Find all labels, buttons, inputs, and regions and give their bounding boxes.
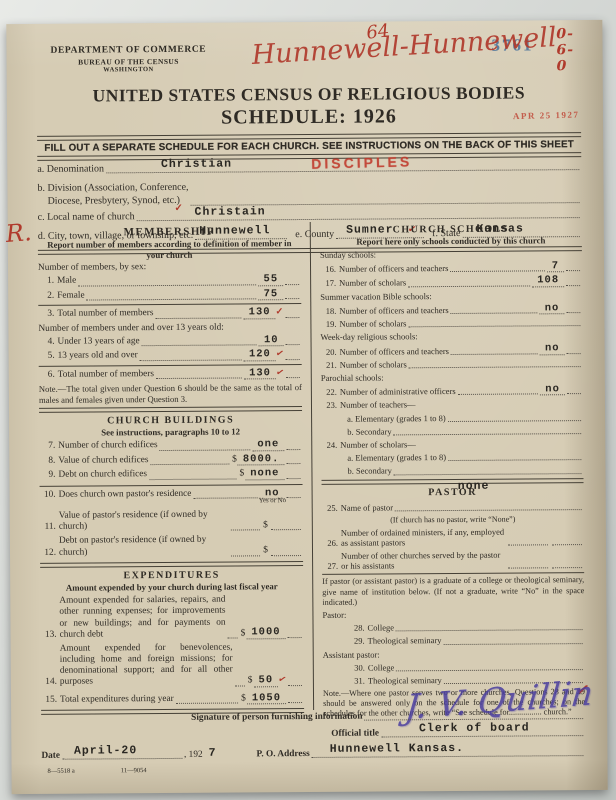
official-title-label: Official title (331, 729, 379, 739)
q6-row: 6. Total number of members 130 ✓ (39, 368, 302, 381)
denomination-label: a. Denomination (37, 163, 104, 174)
left-column: MEMBERSHIP Report number of members acco… (38, 222, 313, 712)
q3-value: 130 (244, 307, 276, 319)
local-name-label: c. Local name of church (38, 211, 135, 223)
field-denomination: a. Denomination Christian DISCIPLES (37, 160, 581, 175)
dotted-leader (285, 316, 299, 318)
footer-section: J. V. Quillin Signature of person furnis… (41, 710, 585, 775)
q27-row: 27. Number of other churches served by t… (322, 549, 584, 571)
q9-value: none (245, 468, 284, 480)
census-form-paper: DEPARTMENT OF COMMERCE BUREAU OF THE CEN… (6, 20, 607, 794)
schools-group-weekday: Week-day religious schools: (320, 330, 582, 342)
q2-label: Female (57, 290, 84, 301)
q22-row: 22. Number of administrative officers no (321, 384, 583, 397)
dotted-leader[interactable] (271, 528, 301, 530)
dotted-leader[interactable] (140, 358, 242, 361)
q7-value: one (252, 439, 284, 451)
q19-label: Number of scholars (339, 318, 406, 329)
official-title-value: Clerk of board (419, 721, 530, 735)
q8-label: Value of church edifices (58, 455, 148, 467)
q6-label: Total number of members (58, 369, 154, 381)
q14-value: 50 (253, 675, 278, 687)
date-value: April-20 (74, 744, 137, 757)
q24-row: 24. Number of scholars— (321, 438, 583, 450)
dotted-leader (286, 477, 300, 479)
q15-row: 15. Total expenditures during year $ 105… (41, 693, 304, 706)
q5-num: 5. (39, 351, 55, 362)
rule (40, 561, 303, 568)
q26-num: 26. (322, 538, 338, 548)
date-address-row: Date April-20 , 192 7 P. O. Address Hunn… (41, 744, 585, 761)
q9-num: 9. (39, 470, 55, 481)
q3-label: Total number of members (57, 309, 153, 321)
schools-group-parochial: Parochial schools: (321, 371, 583, 383)
dotted-leader[interactable] (458, 393, 539, 396)
q4-num: 4. (39, 337, 55, 348)
dept-line1: DEPARTMENT OF COMMERCE (50, 45, 206, 58)
q23-row: 23. Number of teachers— (321, 398, 583, 410)
dotted-leader[interactable] (508, 543, 548, 545)
dotted-leader[interactable] (235, 684, 245, 686)
q1-row: 1. Male 55 (38, 274, 301, 287)
dotted-leader[interactable] (271, 554, 301, 556)
q3-row: 3. Total number of members 130 ✓ (38, 307, 301, 320)
q17-value: 108 (532, 275, 564, 287)
date-label: Date (41, 751, 60, 761)
q15-num: 15. (41, 695, 57, 706)
dollar-sign: $ (232, 454, 237, 465)
q26-label: Number of ordained ministers, if any, em… (341, 526, 506, 548)
pastor-title: PASTOR (322, 486, 584, 499)
q7-label: Number of church edifices (58, 440, 157, 452)
q16-value: 7 (547, 261, 564, 273)
dotted-leader (552, 543, 582, 545)
membership-subtitle: Report number of members according to de… (38, 238, 301, 261)
assistant-pastor-label: Assistant pastor: (323, 648, 585, 660)
q30-row: 30. College (349, 661, 585, 673)
q10-row: 10. Does church own pastor's residence n… (40, 488, 303, 501)
dotted-leader (288, 701, 302, 703)
q1-value: 55 (258, 274, 283, 286)
dotted-leader[interactable] (448, 458, 581, 461)
form-schedule-year: SCHEDULE: 1926 (37, 104, 581, 131)
q27-label: Number of other churches served by the p… (341, 550, 506, 572)
dotted-leader[interactable] (142, 343, 257, 346)
form-code-2: 11—9054 (121, 767, 147, 774)
division-label-line2: Diocese, Presbytery, Synod, etc.) (38, 194, 189, 208)
q16-label: Number of officers and teachers (339, 263, 448, 274)
received-date-stamp: APR 25 1927 (512, 110, 579, 122)
po-address-value: Hunnewell Kansas. (330, 742, 464, 756)
dotted-leader (288, 684, 302, 686)
q24-label: Number of scholars— (340, 439, 416, 450)
dotted-leader[interactable] (408, 324, 580, 327)
dotted-leader (566, 284, 580, 286)
q16-row: 16. Number of officers and teachers 7 (320, 261, 582, 274)
dotted-leader[interactable] (396, 629, 583, 632)
q10-value: noYes or No (260, 488, 285, 500)
q24b-row: b. Secondary (347, 464, 583, 476)
dotted-leader[interactable] (450, 269, 544, 272)
dotted-leader[interactable] (444, 642, 583, 645)
q11-label: Value of pastor's residence (if owned by… (59, 510, 229, 533)
q16-num: 16. (320, 264, 336, 274)
field-division: b. Division (Association, Conference, Di… (37, 179, 581, 208)
q6-value: 130 (244, 368, 276, 380)
q18-label: Number of officers and teachers (339, 305, 448, 316)
q30-label: College (368, 662, 395, 672)
dotted-leader (552, 567, 582, 569)
dotted-leader (566, 311, 580, 313)
date-printed-192: , 192 (184, 750, 203, 760)
q11-row: 11. Value of pastor's residence (if owne… (40, 509, 303, 533)
q25-label: Name of pastor (341, 502, 393, 513)
q21-row: 21. Number of scholars (321, 358, 583, 370)
q23b-label: b. Secondary (347, 426, 391, 436)
q7-num: 7. (39, 441, 55, 452)
dollar-sign: $ (248, 676, 253, 687)
graduate-paragraph: If pastor (or assistant pastor) is a gra… (322, 576, 584, 609)
dotted-leader[interactable] (78, 283, 256, 286)
dollar-sign: $ (239, 469, 244, 480)
dotted-leader[interactable]: Hunnewell Kansas. (312, 754, 584, 758)
q12-num: 12. (40, 547, 56, 558)
red-check-mark: ✓ (275, 367, 286, 380)
dollar-sign: $ (263, 520, 268, 531)
q23-num: 23. (321, 400, 337, 410)
q22-value: no (540, 384, 565, 396)
dotted-leader[interactable] (396, 668, 583, 671)
q5-value: 120 (244, 349, 276, 361)
q10-num: 10. (40, 490, 56, 501)
q11-num: 11. (40, 522, 56, 533)
form-code-1: 8—5518 a (48, 768, 75, 775)
q20-row: 20. Number of officers and teachers no (321, 343, 583, 356)
dotted-leader[interactable]: April-20 (62, 757, 182, 760)
q23a-row: a. Elementary (grades 1 to 8) (347, 412, 583, 424)
q1-label: Male (57, 276, 76, 287)
red-check-mark: ✓ (276, 308, 284, 319)
q22-num: 22. (321, 387, 337, 397)
q23a-label: a. Elementary (grades 1 to 8) (347, 413, 446, 424)
red-check-mark: ✓ (174, 203, 182, 214)
q19-row: 19. Number of scholars (320, 317, 582, 329)
dollar-sign: $ (241, 693, 246, 704)
q13-label: Amount expended for salaries, repairs, a… (59, 595, 225, 641)
dotted-leader (285, 297, 299, 299)
dotted-leader[interactable] (409, 365, 581, 368)
department-block: DEPARTMENT OF COMMERCE BUREAU OF THE CEN… (50, 45, 206, 75)
q18-num: 18. (320, 306, 336, 316)
date-year-digit: 7 (209, 747, 217, 760)
red-check-mark: ✓ (275, 349, 285, 362)
q24-num: 24. (321, 440, 337, 450)
q4-value: 10 (259, 335, 284, 347)
buildings-subtitle: See instructions, paragraphs 10 to 12 (39, 426, 302, 438)
dotted-leader (286, 462, 300, 464)
dotted-leader (288, 636, 302, 638)
rule (39, 364, 302, 367)
dotted-leader[interactable] (156, 316, 242, 319)
q17-row: 17. Number of scholars 108 (320, 275, 582, 288)
q10-yes-or-no-hint: Yes or No (259, 498, 286, 505)
q30-num: 30. (349, 662, 365, 672)
dotted-leader[interactable] (149, 477, 236, 480)
dotted-leader[interactable] (231, 529, 260, 531)
dotted-leader[interactable] (156, 377, 242, 380)
red-check-mark: ✓ (277, 675, 288, 688)
division-label-line1: b. Division (Association, Conference, (37, 182, 188, 196)
dotted-leader (286, 358, 300, 360)
q20-value: no (540, 343, 565, 355)
instruction-banner: FILL OUT A SEPARATE SCHEDULE FOR EACH CH… (37, 132, 581, 161)
dotted-leader[interactable] (451, 352, 538, 355)
dotted-leader[interactable] (448, 419, 581, 422)
schools-title: CHURCH SCHOOLS (320, 223, 582, 236)
dotted-leader[interactable] (365, 717, 584, 721)
local-name-value: Christain (194, 205, 265, 218)
form-codes: 8—5518 a 11—9054 (42, 764, 586, 775)
membership-group1: Number of members, by sex: (38, 261, 301, 273)
q12-label: Debt on pastor's residence (if owned by … (59, 535, 229, 558)
buildings-title: CHURCH BUILDINGS (39, 414, 302, 427)
dotted-leader[interactable] (160, 448, 251, 451)
q14-num: 14. (41, 677, 57, 688)
q22-label: Number of administrative officers (340, 386, 456, 397)
q28-num: 28. (349, 623, 365, 633)
membership-title: MEMBERSHIP (38, 225, 301, 239)
q27-num: 27. (322, 561, 338, 571)
dotted-leader[interactable] (150, 463, 229, 466)
q28-label: College (368, 623, 395, 633)
dotted-leader[interactable] (508, 567, 548, 569)
q13-row: 13. Amount expended for salaries, repair… (40, 594, 303, 640)
q6-num: 6. (39, 370, 55, 381)
q2-row: 2. Female 75 (38, 289, 301, 302)
q8-row: 8. Value of church edifices $ 8000. (39, 454, 302, 467)
form-title: UNITED STATES CENSUS OF RELIGIOUS BODIES (37, 82, 581, 107)
q29-label: Theological seminary (368, 635, 442, 646)
q25-note: (If church has no pastor, write “None”) (322, 514, 584, 525)
q25-row: 25. Name of pastor (322, 501, 584, 513)
rule (39, 406, 302, 413)
q9-row: 9. Debt on church edifices $ none (39, 468, 302, 481)
dotted-leader (286, 448, 300, 450)
official-title-row: Official title Clerk of board (41, 727, 585, 741)
schools-subtitle: Report here only schools conducted by th… (320, 235, 582, 247)
dotted-leader (566, 269, 580, 271)
dotted-leader[interactable]: Christian DISCIPLES (106, 168, 579, 173)
dollar-sign: $ (241, 628, 246, 639)
q24a-label: a. Elementary (grades 1 to 8) (347, 452, 446, 463)
q10-label: Does church own pastor's residence (59, 489, 192, 501)
q21-label: Number of scholars (340, 359, 407, 370)
q24a-row: a. Elementary (grades 1 to 8) (347, 451, 583, 463)
rule (322, 478, 584, 485)
form-content: DEPARTMENT OF COMMERCE BUREAU OF THE CEN… (36, 20, 585, 794)
q4-label: Under 13 years of age (58, 336, 140, 348)
q13-num: 13. (41, 630, 57, 641)
q18-row: 18. Number of officers and teachers no (320, 303, 582, 316)
dotted-leader[interactable] (193, 496, 258, 498)
right-column: CHURCH SCHOOLS Report here only schools … (310, 220, 585, 710)
q20-label: Number of officers and teachers (340, 346, 449, 357)
dotted-leader[interactable] (408, 284, 530, 287)
denomination-value: Christian (161, 158, 232, 171)
q2-value: 75 (259, 289, 284, 301)
dotted-leader (286, 343, 300, 345)
q5-row: 5. 13 years old and over 120 ✓ (39, 349, 302, 362)
dotted-leader[interactable] (395, 508, 582, 511)
dotted-leader (285, 283, 299, 285)
q19-num: 19. (320, 319, 336, 329)
dollar-sign: $ (263, 546, 268, 557)
q31-num: 31. (349, 675, 365, 685)
pastor-label: Pastor: (322, 608, 584, 620)
dotted-leader (567, 352, 581, 354)
dotted-leader[interactable] (228, 636, 238, 638)
q29-row: 29. Theological seminary (349, 634, 585, 646)
q24b-label: b. Secondary (347, 466, 391, 476)
expenditures-subtitle: Amount expended by your church during la… (40, 581, 303, 593)
q1-num: 1. (38, 276, 54, 287)
pastor-none-value: none (458, 479, 490, 492)
signature-label: Signature of person furnishing informati… (191, 712, 362, 723)
q12-row: 12. Debt on pastor's residence (if owned… (40, 534, 303, 558)
rule (40, 484, 303, 487)
form-columns: MEMBERSHIP Report number of members acco… (38, 220, 585, 712)
schools-group-summer: Summer vacation Bible schools: (320, 290, 582, 302)
dept-line3: WASHINGTON (51, 66, 207, 75)
q23b-row: b. Secondary (347, 425, 583, 437)
dotted-leader[interactable] (394, 432, 582, 435)
dotted-leader[interactable]: Clerk of board (381, 734, 583, 737)
expenditures-title: EXPENDITURES (40, 569, 303, 582)
q13-value: 1000 (246, 628, 285, 640)
q9-label: Debt on church edifices (58, 470, 147, 482)
po-address-label: P. O. Address (256, 749, 309, 759)
q20-num: 20. (321, 346, 337, 356)
q2-num: 2. (38, 291, 54, 302)
handwritten-margin-mark: R. (5, 218, 33, 248)
q18-value: no (540, 303, 565, 315)
dotted-leader[interactable] (87, 297, 257, 300)
q17-num: 17. (320, 278, 336, 288)
q4-row: 4. Under 13 years of age 10 (39, 335, 302, 348)
dotted-leader[interactable] (451, 311, 538, 314)
dotted-leader (287, 496, 301, 498)
q21-num: 21. (321, 360, 337, 370)
q31-label: Theological seminary (368, 675, 442, 686)
dotted-leader[interactable] (394, 472, 582, 475)
q14-label: Amount expended for benevolences, includ… (60, 642, 233, 688)
q28-row: 28. College (349, 621, 585, 633)
q15-label: Total expenditures during year (60, 694, 174, 706)
q29-num: 29. (349, 636, 365, 646)
q23-label: Number of teachers— (340, 400, 416, 411)
q8-value: 8000. (238, 454, 285, 466)
q14-row: 14. Amount expended for benevolences, in… (41, 642, 304, 688)
q25-num: 25. (322, 502, 338, 512)
membership-group2: Number of members under and over 13 year… (38, 322, 301, 334)
dotted-leader (567, 393, 581, 395)
q17-label: Number of scholars (339, 278, 406, 289)
dotted-leader[interactable] (231, 554, 260, 556)
q5-label: 13 years old and over (58, 351, 138, 363)
q26-row: 26. Number of ordained ministers, if any… (322, 526, 584, 548)
division-label: b. Division (Association, Conference, Di… (37, 182, 188, 208)
q3-num: 3. (38, 309, 54, 320)
q15-value: 1050 (247, 693, 286, 705)
membership-note: Note.—The total given under Question 6 s… (39, 382, 302, 405)
denomination-stamp: DISCIPLES (311, 153, 412, 171)
schools-group-sunday: Sunday schools: (320, 248, 582, 260)
q8-num: 8. (39, 456, 55, 467)
dotted-leader[interactable] (176, 702, 238, 704)
q7-row: 7. Number of church edifices one (39, 439, 302, 452)
dotted-leader (286, 376, 300, 378)
